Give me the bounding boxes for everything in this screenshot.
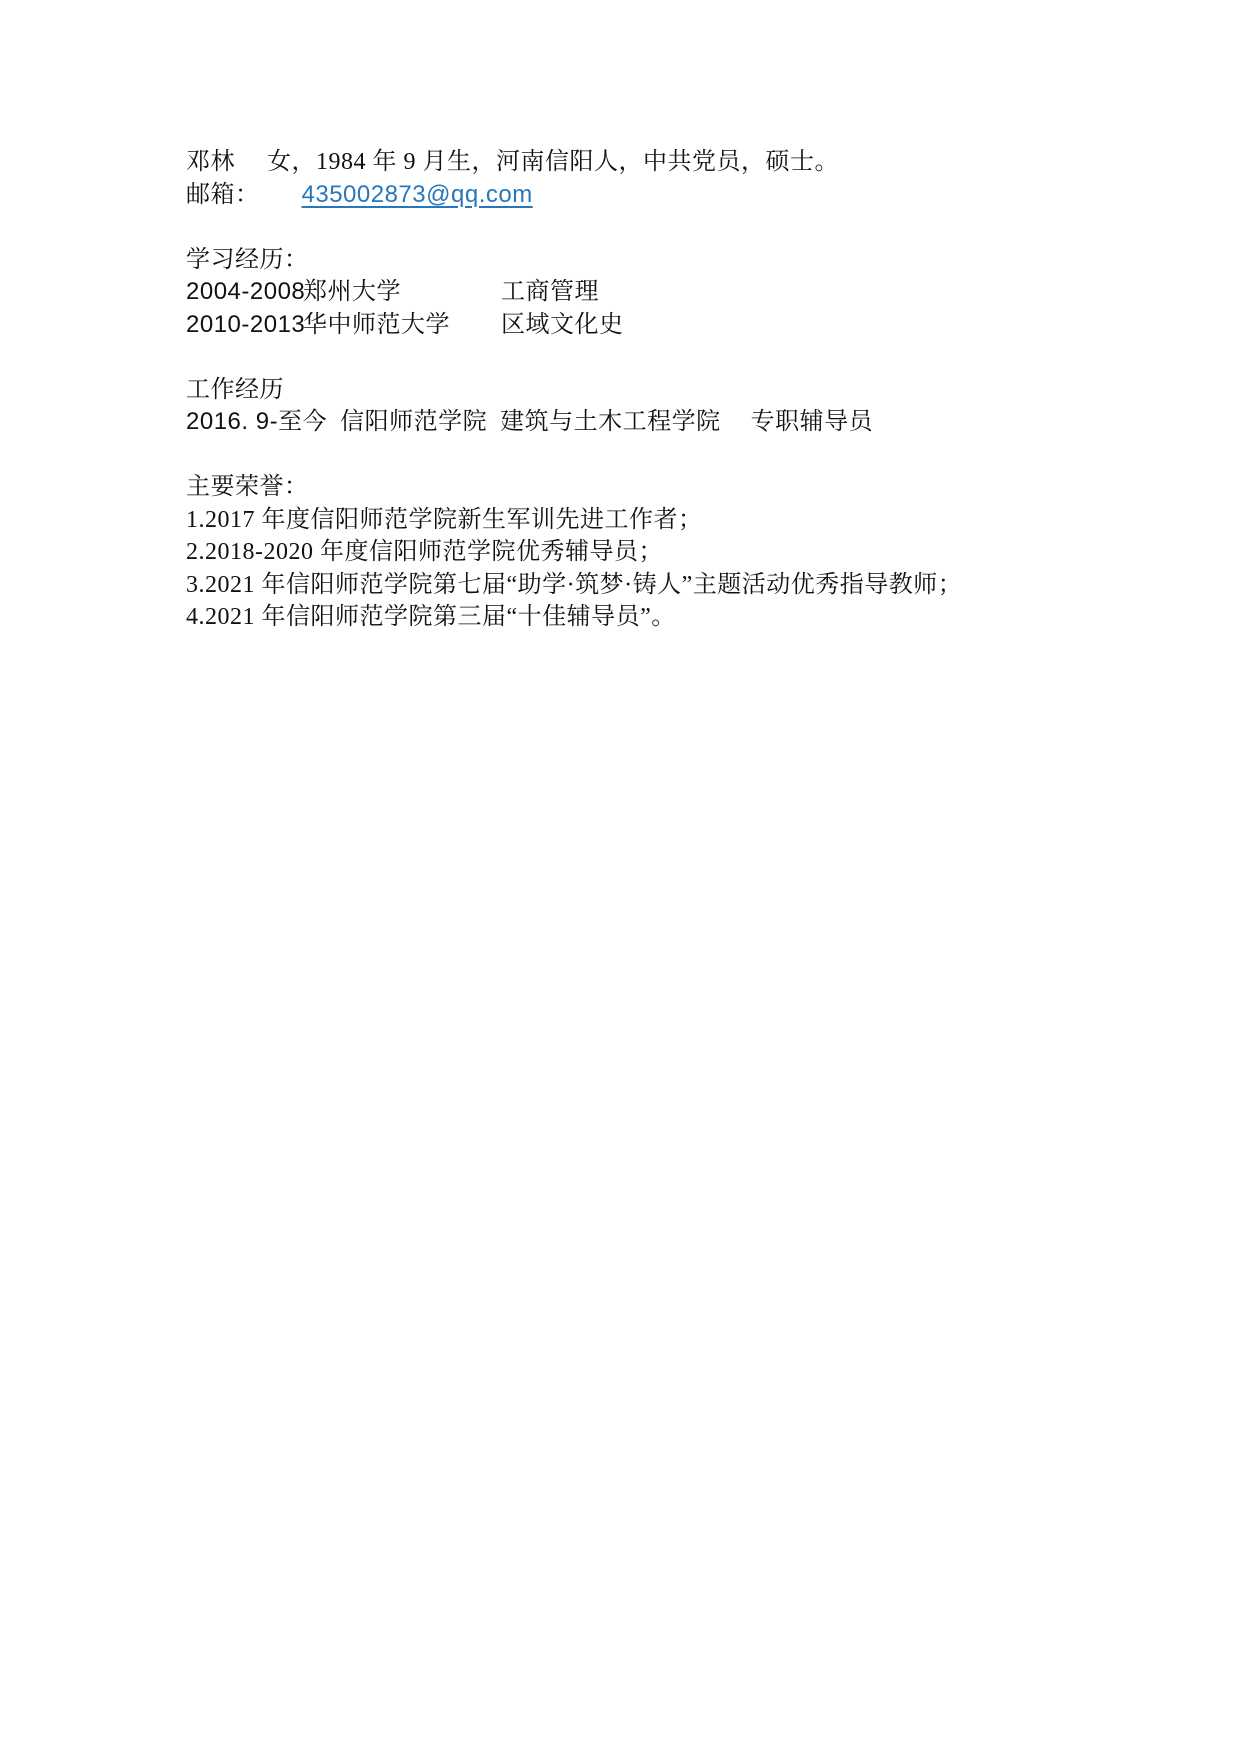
work-position: 专职辅导员 <box>751 409 874 435</box>
honors-item: 1.2017 年度信阳师范学院新生军训先进工作者； <box>186 504 1120 537</box>
honors-item: 3.2021 年信阳师范学院第七届“助学·筑梦·铸人”主题活动优秀指导教师； <box>186 569 1120 602</box>
honors-item: 4.2021 年信阳师范学院第三届“十佳辅导员”。 <box>186 601 1120 634</box>
honors-heading: 主要荣誉： <box>186 471 1120 504</box>
person-summary: 女，1984 年 9 月生，河南信阳人，中共党员，硕士。 <box>267 149 839 175</box>
work-row: 2016. 9-至今信阳师范学院建筑与土木工程学院专职辅导员 <box>186 406 1120 439</box>
blank-line <box>186 341 1120 374</box>
email-line: 邮箱：435002873@qq.com <box>186 179 1120 212</box>
education-row: 2010-2013 华中师范大学 区域文化史 <box>186 309 1120 342</box>
education-major: 区域文化史 <box>501 309 624 342</box>
education-major: 工商管理 <box>501 276 599 309</box>
education-period: 2004-2008 <box>186 276 303 309</box>
honors-item: 2.2018-2020 年度信阳师范学院优秀辅导员； <box>186 536 1120 569</box>
document-content: 邓林女，1984 年 9 月生，河南信阳人，中共党员，硕士。 邮箱：435002… <box>186 146 1120 634</box>
email-link[interactable]: 435002873@qq.com <box>302 181 533 208</box>
education-period: 2010-2013 <box>186 309 303 342</box>
blank-line <box>186 211 1120 244</box>
email-label: 邮箱： <box>186 182 260 208</box>
work-employer: 信阳师范学院 <box>340 409 487 435</box>
education-heading: 学习经历： <box>186 244 1120 277</box>
education-row: 2004-2008 郑州大学 工商管理 <box>186 276 1120 309</box>
profile-line: 邓林女，1984 年 9 月生，河南信阳人，中共党员，硕士。 <box>186 146 1120 179</box>
education-school: 郑州大学 <box>303 276 501 309</box>
work-department: 建筑与土木工程学院 <box>500 409 721 435</box>
work-heading: 工作经历 <box>186 374 1120 407</box>
blank-line <box>186 439 1120 472</box>
work-period: 2016. 9-至今 <box>186 408 327 435</box>
person-name: 邓林 <box>186 149 235 175</box>
education-school: 华中师范大学 <box>303 309 501 342</box>
document-page: 邓林女，1984 年 9 月生，河南信阳人，中共党员，硕士。 邮箱：435002… <box>0 0 1240 1753</box>
